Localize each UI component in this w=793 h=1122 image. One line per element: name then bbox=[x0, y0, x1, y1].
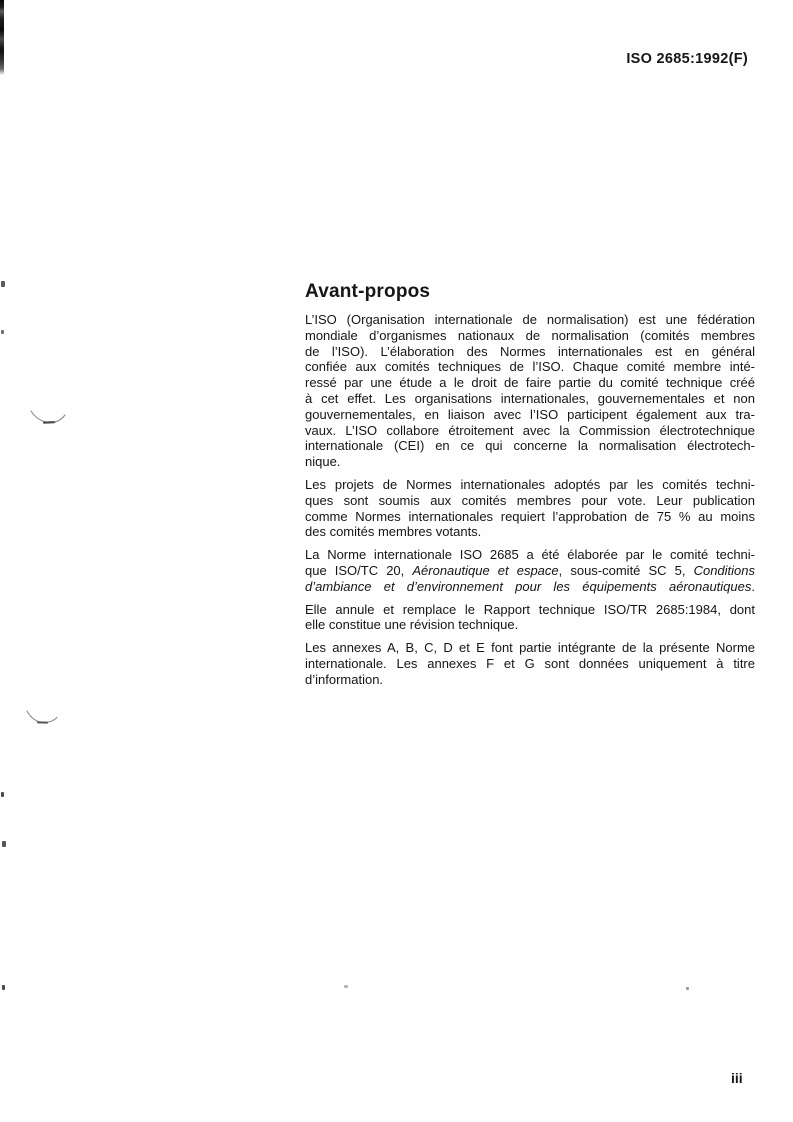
document-page: ISO 2685:1992(F) Avant-propos L’ISO (Org… bbox=[0, 0, 793, 1122]
text-line: Les projets de Normes internationales ad… bbox=[305, 477, 755, 493]
text-run: nique. bbox=[305, 454, 340, 469]
scan-speck bbox=[1, 330, 4, 334]
text-run: ques sont soumis aux comités membres pou… bbox=[305, 493, 755, 508]
scan-speck bbox=[344, 985, 348, 988]
text-line: ques sont soumis aux comités membres pou… bbox=[305, 493, 755, 509]
scan-speck bbox=[2, 841, 6, 847]
italic-text-run: Aéronautique et espace bbox=[412, 563, 558, 578]
text-line: comme Normes internationales requiert l’… bbox=[305, 509, 755, 525]
text-run: de l’ISO). L’élaboration des Normes inte… bbox=[305, 344, 755, 359]
text-line: ressé par une étude a le droit de faire … bbox=[305, 375, 755, 391]
text-line: de l’ISO). L’élaboration des Normes inte… bbox=[305, 344, 755, 360]
text-line: elle constitue une révision technique. bbox=[305, 617, 755, 633]
scan-speck bbox=[1, 281, 5, 287]
text-line: Elle annule et remplace le Rapport techn… bbox=[305, 602, 755, 618]
italic-text-run: Conditions bbox=[694, 563, 755, 578]
paragraph: La Norme internationale ISO 2685 a été é… bbox=[305, 547, 755, 594]
text-run: . bbox=[751, 579, 755, 594]
text-run: internationale. Les annexes F et G sont … bbox=[305, 656, 755, 671]
text-line: que ISO/TC 20, Aéronautique et espace, s… bbox=[305, 563, 755, 579]
section-title: Avant-propos bbox=[305, 281, 430, 303]
text-run: Elle annule et remplace le Rapport techn… bbox=[305, 602, 755, 617]
text-run: La Norme internationale ISO 2685 a été é… bbox=[305, 547, 755, 562]
text-run: vaux. L’ISO collabore étroitement avec l… bbox=[305, 423, 755, 438]
text-line: mondiale d’organismes nationaux de norma… bbox=[305, 328, 755, 344]
foreword-body: L’ISO (Organisation internationale de no… bbox=[305, 312, 755, 688]
text-run: mondiale d’organismes nationaux de norma… bbox=[305, 328, 755, 343]
document-reference: ISO 2685:1992(F) bbox=[626, 51, 748, 67]
text-run: elle constitue une révision technique. bbox=[305, 617, 518, 632]
page-number: iii bbox=[731, 1070, 743, 1086]
text-line: d’information. bbox=[305, 672, 755, 688]
text-line: La Norme internationale ISO 2685 a été é… bbox=[305, 547, 755, 563]
text-run: gouvernementales, en liaison avec l’ISO … bbox=[305, 407, 755, 422]
paragraph: Les projets de Normes internationales ad… bbox=[305, 477, 755, 540]
scan-speck bbox=[686, 987, 689, 990]
text-run: d’information. bbox=[305, 672, 383, 687]
text-line: des comités membres votants. bbox=[305, 524, 755, 540]
paragraph: Les annexes A, B, C, D et E font partie … bbox=[305, 640, 755, 687]
text-line: vaux. L’ISO collabore étroitement avec l… bbox=[305, 423, 755, 439]
text-line: Les annexes A, B, C, D et E font partie … bbox=[305, 640, 755, 656]
text-run: Les projets de Normes internationales ad… bbox=[305, 477, 755, 492]
scan-artifact-pen-mark-icon bbox=[28, 408, 68, 426]
text-run: internationale (CEI) en ce qui concerne … bbox=[305, 438, 755, 453]
text-line: gouvernementales, en liaison avec l’ISO … bbox=[305, 407, 755, 423]
text-line: confiée aux comités techniques de l’ISO.… bbox=[305, 359, 755, 375]
italic-text-run: d’ambiance et d’environnement pour les é… bbox=[305, 579, 751, 594]
text-line: d’ambiance et d’environnement pour les é… bbox=[305, 579, 755, 595]
scan-speck bbox=[2, 985, 5, 990]
text-run: que ISO/TC 20, bbox=[305, 563, 412, 578]
text-run: des comités membres votants. bbox=[305, 524, 481, 539]
text-line: internationale. Les annexes F et G sont … bbox=[305, 656, 755, 672]
text-run: comme Normes internationales requiert l’… bbox=[305, 509, 755, 524]
text-line: à cet effet. Les organisations internati… bbox=[305, 391, 755, 407]
paragraph: L’ISO (Organisation internationale de no… bbox=[305, 312, 755, 470]
scan-artifact-edge-bar bbox=[0, 0, 4, 75]
scan-artifact-pen-mark-icon bbox=[23, 707, 63, 727]
text-line: internationale (CEI) en ce qui concerne … bbox=[305, 438, 755, 454]
text-run: , sous-comité SC 5, bbox=[559, 563, 694, 578]
document-header: ISO 2685:1992(F) bbox=[626, 51, 748, 67]
paragraph: Elle annule et remplace le Rapport techn… bbox=[305, 602, 755, 634]
scan-speck bbox=[1, 792, 4, 797]
text-line: nique. bbox=[305, 454, 755, 470]
text-run: L’ISO (Organisation internationale de no… bbox=[305, 312, 755, 327]
text-run: confiée aux comités techniques de l’ISO.… bbox=[305, 359, 755, 374]
text-run: Les annexes A, B, C, D et E font partie … bbox=[305, 640, 755, 655]
text-run: à cet effet. Les organisations internati… bbox=[305, 391, 755, 406]
text-line: L’ISO (Organisation internationale de no… bbox=[305, 312, 755, 328]
text-run: ressé par une étude a le droit de faire … bbox=[305, 375, 755, 390]
